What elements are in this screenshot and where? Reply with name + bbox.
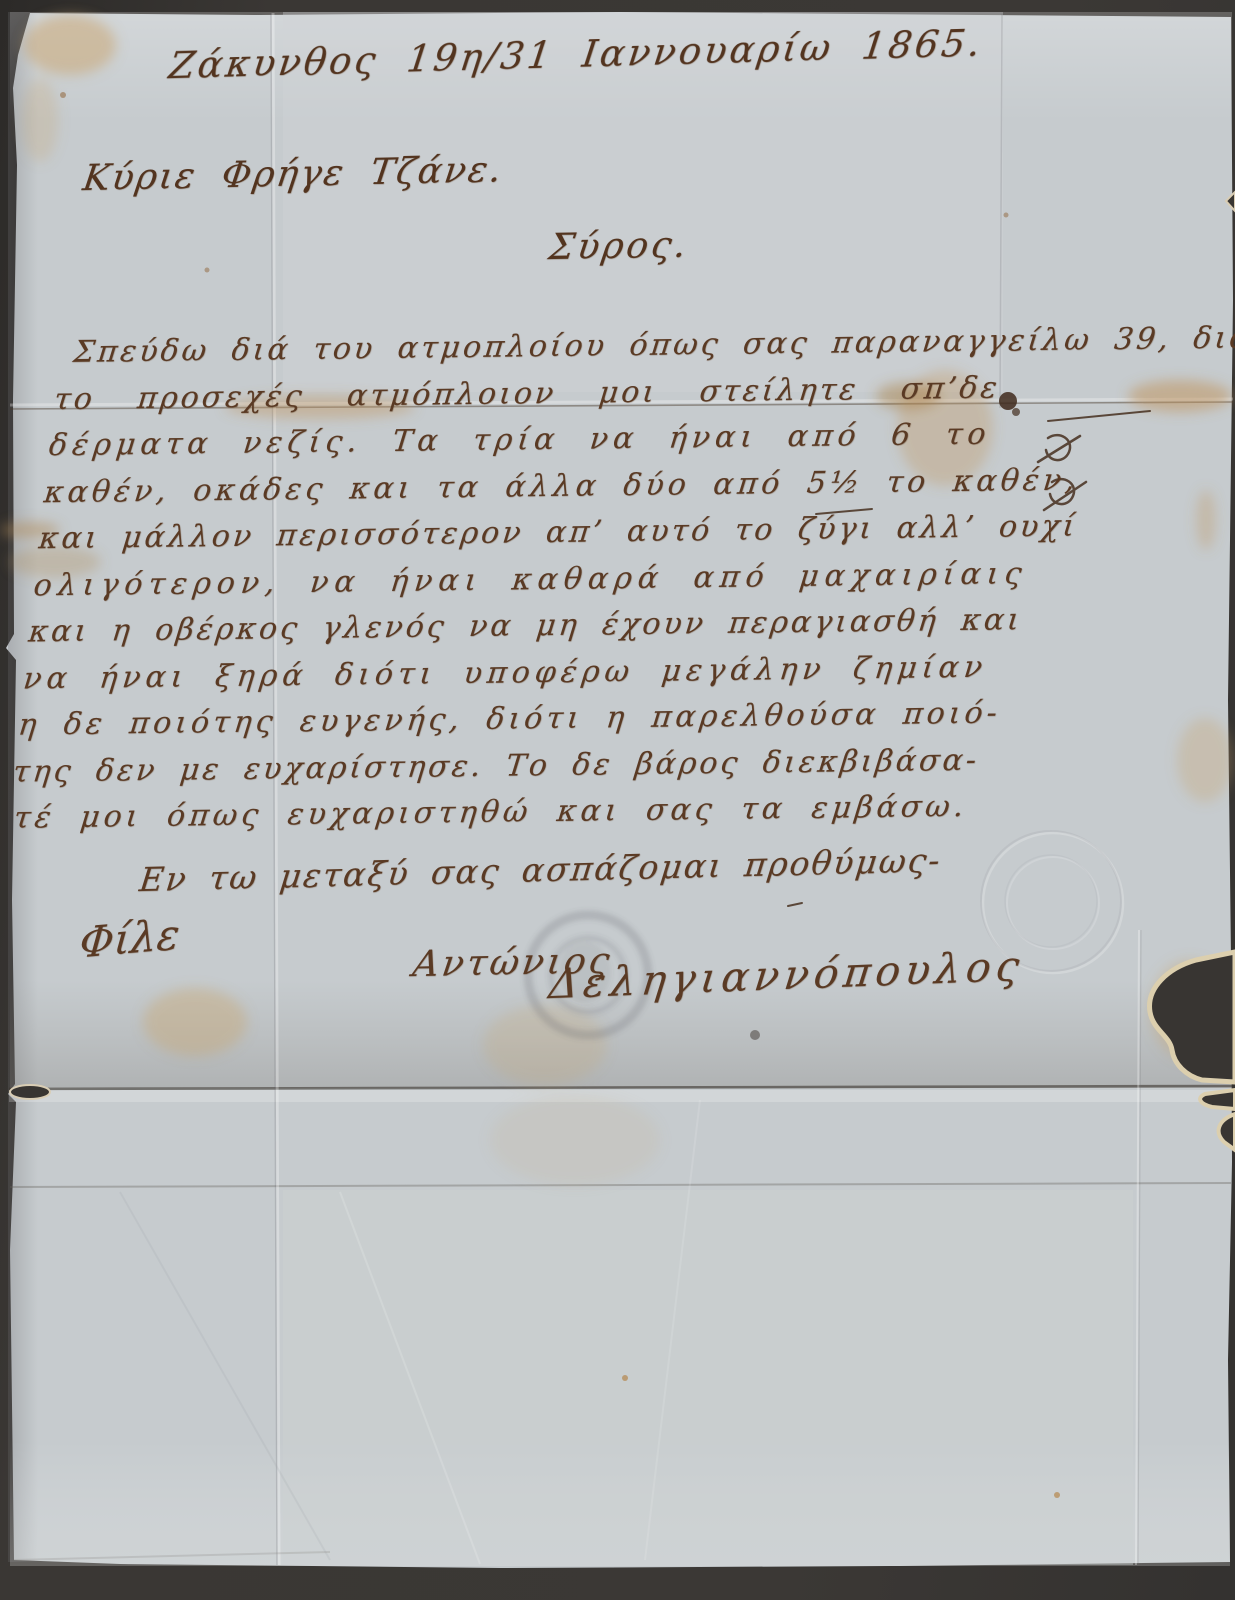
- scanned-letter-photo: Ζάκυνθος 19η/31 Ιαννουαρίω 1865. Κύριε Φ…: [0, 0, 1235, 1600]
- letter-destination: Σύρος.: [546, 225, 692, 269]
- letter-body: Σπεύδω διά του ατμοπλοίου όπως σας παραν…: [5, 316, 1221, 842]
- left-edge-hole: [10, 1085, 50, 1099]
- letter-valediction: Φίλε: [78, 909, 182, 967]
